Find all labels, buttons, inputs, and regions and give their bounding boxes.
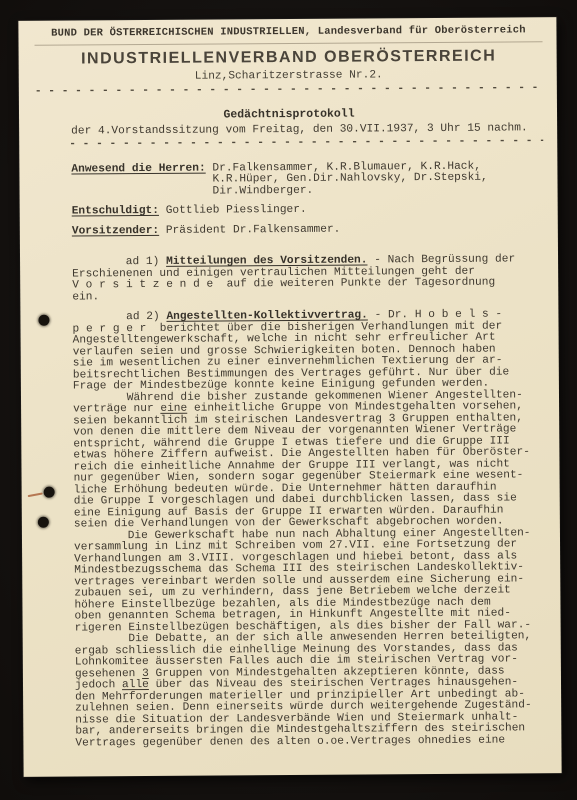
hole-punch bbox=[38, 315, 49, 326]
document-title: Gedächtnisprotokoll bbox=[35, 107, 543, 122]
text-segment: Präsident Dr.Falkensammer. bbox=[159, 223, 340, 236]
text-segment: Entschuldigt: bbox=[72, 205, 159, 218]
text-segment: alle bbox=[122, 679, 149, 691]
dashed-separator-top: - - - - - - - - - - - - - - - - - - - - … bbox=[35, 83, 543, 97]
paragraph: Die Debatte, an der sich alle anwesenden… bbox=[75, 631, 548, 749]
text-segment: Dir.Windberger. bbox=[213, 184, 314, 197]
letterhead-organization-line: BUND DER ÖSTERREICHISCHEN INDUSTRIELLEN,… bbox=[34, 24, 542, 46]
text-segment: K.R.Hüper, Gen.Dir.Nahlovsky, Dr.Stepski… bbox=[212, 172, 487, 186]
paragraph: ad 2) Angestellten-Kollektivvertrag. - D… bbox=[72, 309, 545, 393]
text-segment: Vertrages gegenüber denen des alten o.oe… bbox=[75, 734, 505, 749]
photographed-document-page: { "page": { "colors": { "background": "#… bbox=[0, 0, 577, 800]
paragraph: ad 1) Mitteilungen des Vorsitzenden. - N… bbox=[72, 254, 544, 303]
body-section: ad 1) Mitteilungen des Vorsitzenden. - N… bbox=[72, 254, 547, 749]
meta-line: Vorsitzender: Präsident Dr.Falkensammer. bbox=[72, 223, 544, 238]
text-segment: Vorsitzender: bbox=[72, 224, 159, 237]
text-segment: V o r s i t z e n d e auf die weiteren P… bbox=[72, 277, 495, 292]
paragraph: Die Gewerkschaft habe nun nach Abhaltung… bbox=[74, 528, 547, 635]
letterhead-address: Linz,Scharitzerstrasse Nr.2. bbox=[35, 69, 543, 84]
dashed-separator-subtitle: - - - - - - - - - - - - - - - - - - - - … bbox=[69, 136, 543, 149]
meta-row: Anwesend die Herren: Dr.Falkensammer, K.… bbox=[71, 161, 543, 199]
document-content: BUND DER ÖSTERREICHISCHEN INDUSTRIELLEN,… bbox=[18, 17, 561, 777]
letterhead-title: INDUSTRIELLENVERBAND OBERÖSTERREICH bbox=[35, 47, 543, 68]
hole-punch bbox=[38, 517, 49, 528]
meta-row: Entschuldigt: Gottlieb Piesslinger. bbox=[72, 203, 544, 218]
text-segment: jedoch bbox=[75, 679, 122, 691]
meta-row: Vorsitzender: Präsident Dr.Falkensammer. bbox=[72, 223, 544, 238]
meta-line: Entschuldigt: Gottlieb Piesslinger. bbox=[72, 203, 544, 218]
text-segment: eine bbox=[160, 403, 187, 415]
text-line: Vertrages gegenüber denen des alten o.oe… bbox=[75, 735, 547, 750]
text-segment: ein. bbox=[72, 291, 99, 303]
text-segment: Anwesend die Herren: bbox=[71, 162, 205, 175]
hole-punch bbox=[44, 487, 55, 498]
document-paper-sheet: BUND DER ÖSTERREICHISCHEN INDUSTRIELLEN,… bbox=[18, 17, 561, 777]
text-segment: Gottlieb Piesslinger. bbox=[159, 204, 307, 217]
paragraph: Während die bisher zustande gekommenen W… bbox=[73, 390, 546, 531]
meta-line: Dir.Windberger. bbox=[72, 184, 544, 199]
meta-section: Anwesend die Herren: Dr.Falkensammer, K.… bbox=[71, 161, 544, 238]
